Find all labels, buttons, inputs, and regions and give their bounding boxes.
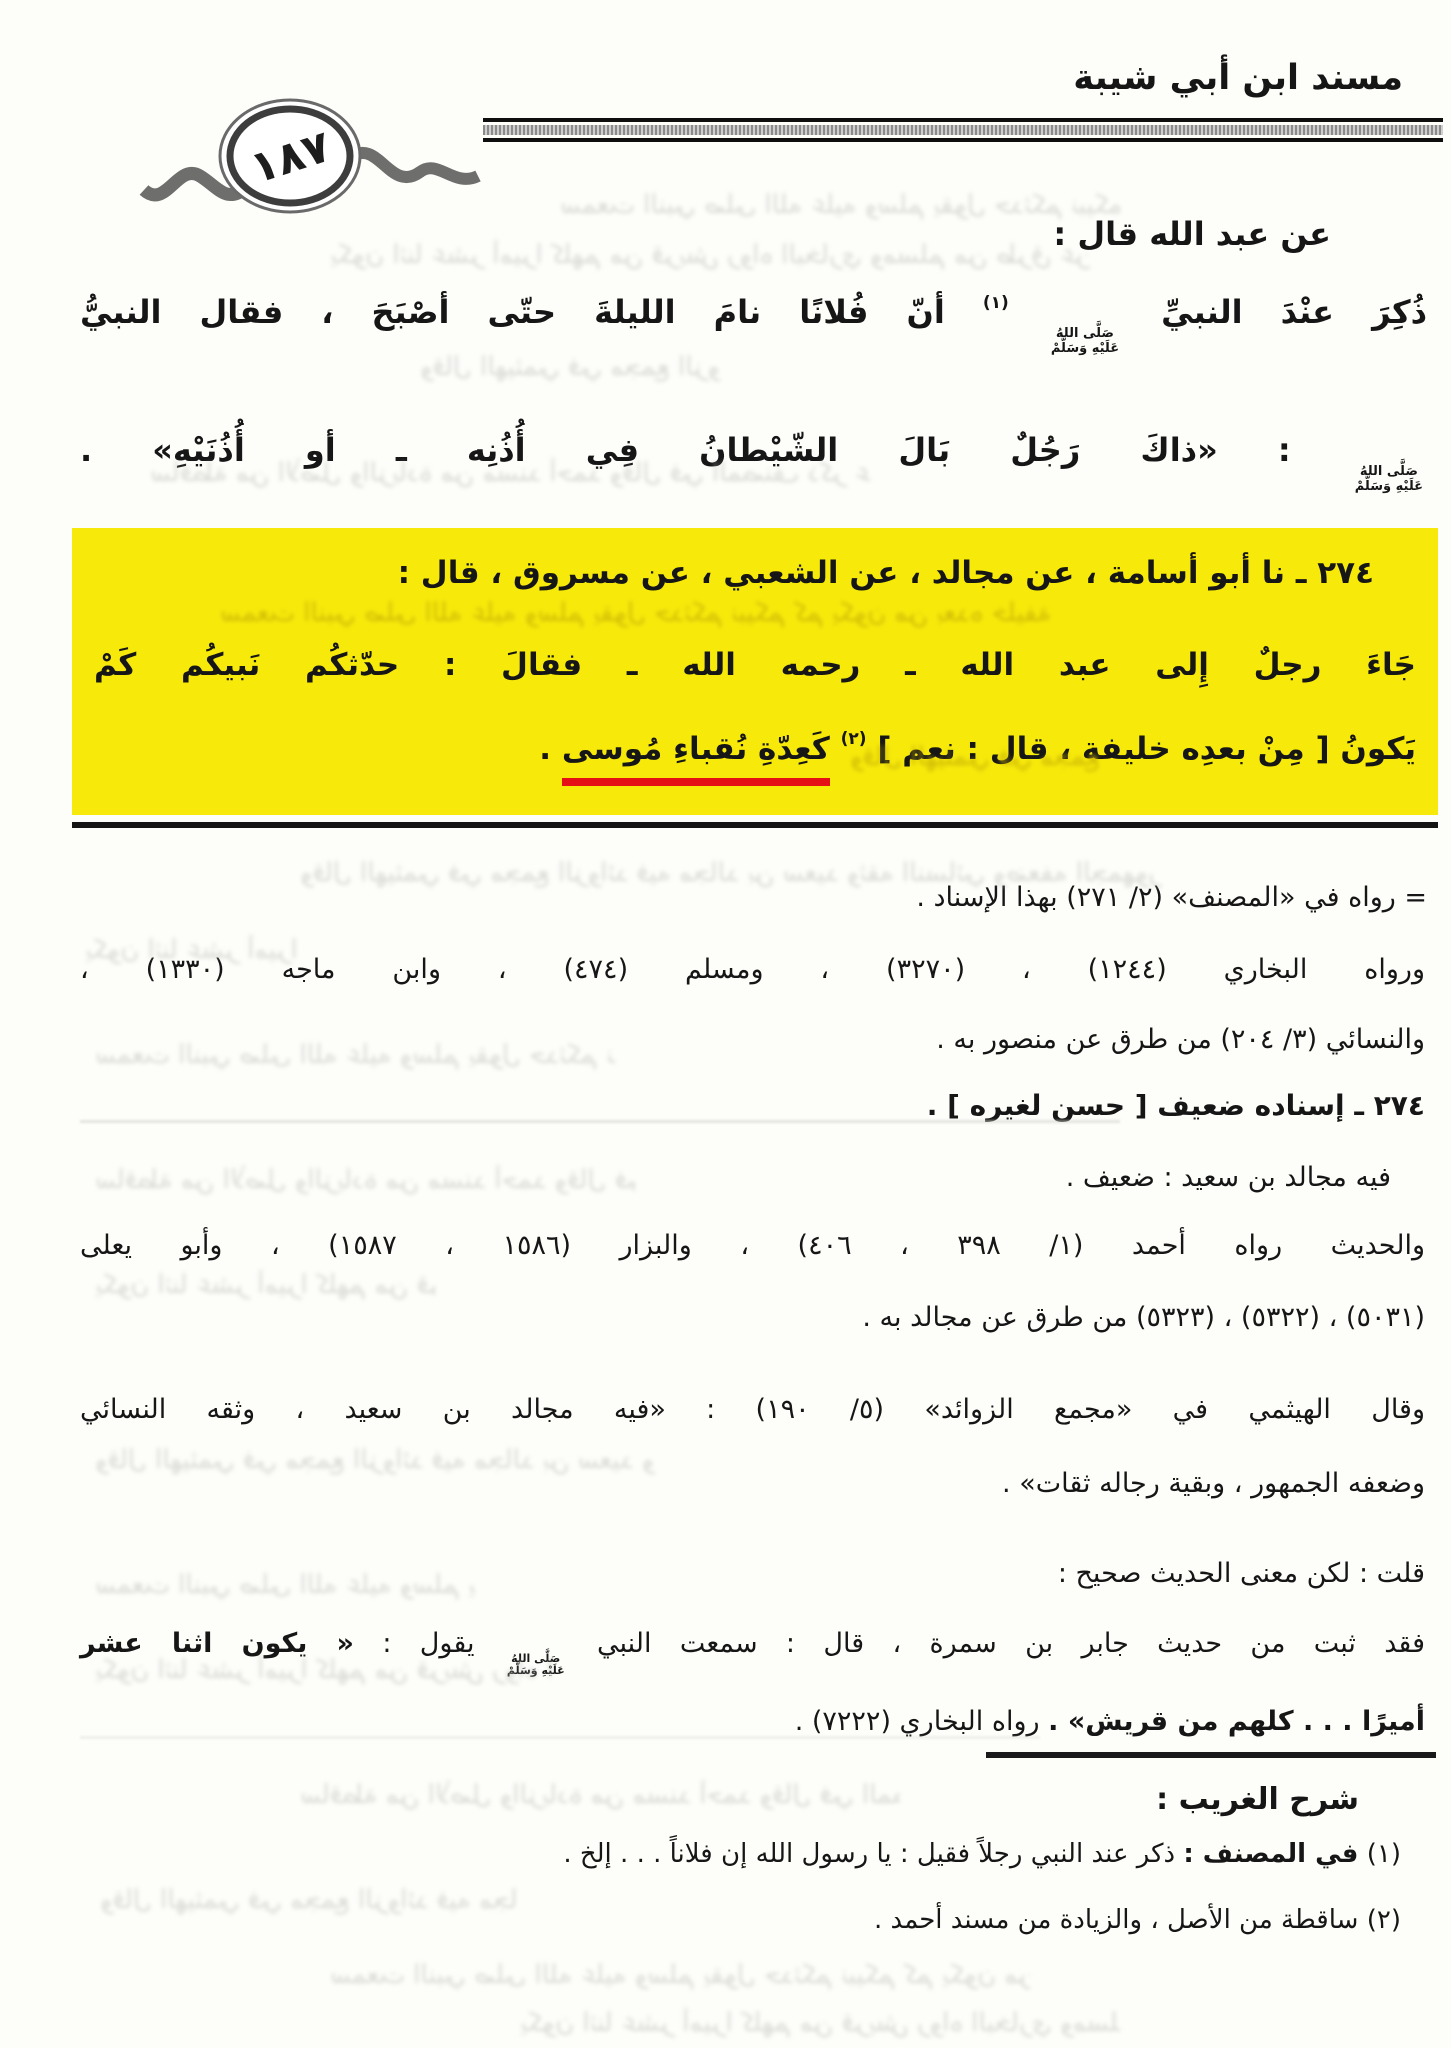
bleedthrough-text: وقال الهيثمي في مجمع الزوائد فيه مجالد ب…	[100, 1885, 520, 1915]
matn-line-1: عن عبد الله قال :	[1053, 212, 1331, 257]
bleedthrough-text: يكون اثنا عشر أميرا كلهم من قريش رواه ال…	[520, 2008, 1120, 2038]
footnote-2: (٢) ساقطة من الأصل ، والزيادة من مسند أح…	[874, 1902, 1401, 1938]
pbuh-seal-icon: صَلَّى اللهُعَلَيْهِ وَسَلَّمْ	[1355, 465, 1423, 494]
footnote-1-source: في المصنف :	[1183, 1839, 1358, 1869]
bleedthrough-text: سمعت النبي صلى الله عليه وسلم يقول حدثكم…	[95, 1040, 615, 1070]
highlight-line3-pre: يَكونُ [ مِنْ بعدِه خليفة ، قال : نعم ]	[877, 731, 1416, 767]
matn-line3-text: : «ذاكَ رَجُلٌ بَالَ الشّيْطانُ فِي أُذُ…	[80, 431, 1291, 469]
bleedthrough-text: سمعت النبي صلى الله عليه وسلم يقول حدثكم…	[330, 1960, 1030, 1990]
takhrij-line12-bold: أميرًا . . . كلهم من قريش» .	[1048, 1706, 1425, 1737]
footnote-divider-rule	[72, 822, 1438, 828]
takhrij-line12-rest: رواه البخاري (٧٢٢٢) .	[795, 1706, 1040, 1737]
scan-smudge-line	[80, 1120, 1120, 1123]
takhrij-line-6: والحديث رواه أحمد (١/ ٣٩٨ ، ٤٠٦) ، والبز…	[80, 1226, 1425, 1265]
book-title: مسند ابن أبي شيبة	[1073, 58, 1403, 98]
scan-smudge-line	[80, 1736, 1040, 1739]
takhrij-line-7: (٥٠٣١) ، (٥٣٢٢) ، (٥٣٢٣) من طرق عن مجالد…	[862, 1298, 1425, 1337]
takhrij-line-5: فيه مجالد بن سعيد : ضعيف .	[1066, 1158, 1391, 1197]
matn-line2-post: أنّ فُلانًا نامَ الليلةَ حتّى أصْبَحَ ، …	[80, 293, 945, 331]
highlight-line-3: يَكونُ [ مِنْ بعدِه خليفة ، قال : نعم ] …	[539, 728, 1416, 771]
footnote-ref-1: (١)	[983, 293, 1009, 313]
scanned-book-page: مسند ابن أبي شيبة ١٨٧ عن عبد الله قال : …	[0, 0, 1451, 2048]
highlight-isnad-line: ٢٧٤ ـ نا أبو أسامة ، عن مجالد ، عن الشعب…	[398, 552, 1374, 595]
footnote-1-text: ذكر عند النبي رجلاً فقيل : يا رسول الله …	[563, 1839, 1175, 1869]
highlight-line3-end: .	[539, 731, 551, 767]
matn-intro-text: عن عبد الله قال :	[1053, 215, 1331, 253]
bleedthrough-text: ساقطة من الأصل والزيادة من مسند أحمد وقا…	[95, 1165, 635, 1195]
bleedthrough-text: سمعت النبي صلى الله عليه وسلم يقول حدثكم…	[560, 190, 1120, 220]
glossary-heading: شرح الغريب :	[1156, 1782, 1359, 1817]
bleedthrough-text: يكون اثنا عشر أميرا كلهم من قريش رواه ال…	[330, 240, 1090, 270]
matn-line-3: صَلَّى اللهُعَلَيْهِ وَسَلَّمْ : «ذاكَ ر…	[80, 428, 1427, 494]
bleedthrough-text: وقال الهيثمي في مجمع الزوائد فيه مجالد ب…	[95, 1445, 655, 1475]
bleedthrough-text: يكون اثنا عشر أميرا كلهم من قريش رواه ال…	[95, 1270, 435, 1300]
takhrij-line-9: وضعفه الجمهور ، وبقية رجاله ثقات» .	[1002, 1464, 1425, 1503]
takhrij-line-10: قلت : لكن معنى الحديث صحيح :	[1058, 1554, 1425, 1593]
red-underlined-phrase: كَعِدّةِ نُقباءِ مُوسى	[562, 731, 830, 786]
header-divider	[483, 118, 1443, 142]
takhrij-line-3: والنسائي (٣/ ٢٠٤) من طرق عن منصور به .	[936, 1020, 1425, 1059]
footnote-ref-2: (٢)	[841, 729, 867, 749]
pbuh-seal-icon: صَلَّى اللهُعَلَيْهِ وَسَلَّمْ	[507, 1653, 565, 1678]
takhrij-line11-bold: « يكون اثنا عشر	[80, 1628, 354, 1659]
matn-line-2: ذُكِرَ عنْدَ النبيِّ صَلَّى اللهُعَلَيْه…	[80, 290, 1427, 356]
glossary-divider-rule	[986, 1752, 1436, 1758]
footnote-1: (١) في المصنف : ذكر عند النبي رجلاً فقيل…	[563, 1836, 1401, 1872]
takhrij-line-2: ورواه البخاري (١٢٤٤) ، (٣٢٧٠) ، ومسلم (٤…	[80, 950, 1425, 989]
footnote-2-marker: (٢)	[1367, 1905, 1401, 1935]
takhrij-line11-pre: فقد ثبت من حديث جابر بن سمرة ، قال : سمع…	[597, 1628, 1425, 1659]
takhrij-line11-mid: يقول :	[382, 1628, 474, 1659]
footnote-1-marker: (١)	[1367, 1839, 1401, 1869]
takhrij-line-11: فقد ثبت من حديث جابر بن سمرة ، قال : سمع…	[80, 1624, 1425, 1678]
matn-line2-pre: ذُكِرَ عنْدَ النبيِّ	[1161, 293, 1427, 331]
highlighted-hadith-274: ٢٧٤ ـ نا أبو أسامة ، عن مجالد ، عن الشعب…	[72, 528, 1438, 815]
page-number-ribbon-icon: ١٨٧	[138, 92, 483, 222]
bleedthrough-text: ساقطة من الأصل والزيادة من مسند أحمد وقا…	[300, 1780, 900, 1810]
takhrij-line-1: = رواه في «المصنف» (٢/ ٢٧١) بهذا الإسناد…	[916, 878, 1427, 917]
bleedthrough-text: سمعت النبي صلى الله عليه وسلم يقول حدثكم…	[95, 1570, 475, 1600]
bleedthrough-text: وقال الهيثمي في مجمع الزوائد فيه مجالد ب…	[420, 352, 720, 382]
highlight-line-2: جَاءَ رجلٌ إِلى عبد الله ـ رحمه الله ـ ف…	[94, 644, 1416, 687]
pbuh-seal-icon: صَلَّى اللهُعَلَيْهِ وَسَلَّمْ	[1051, 327, 1119, 356]
takhrij-line-8: وقال الهيثمي في «مجمع الزوائد» (٥/ ١٩٠) …	[80, 1390, 1425, 1429]
footnote-2-text: ساقطة من الأصل ، والزيادة من مسند أحمد .	[874, 1905, 1358, 1935]
